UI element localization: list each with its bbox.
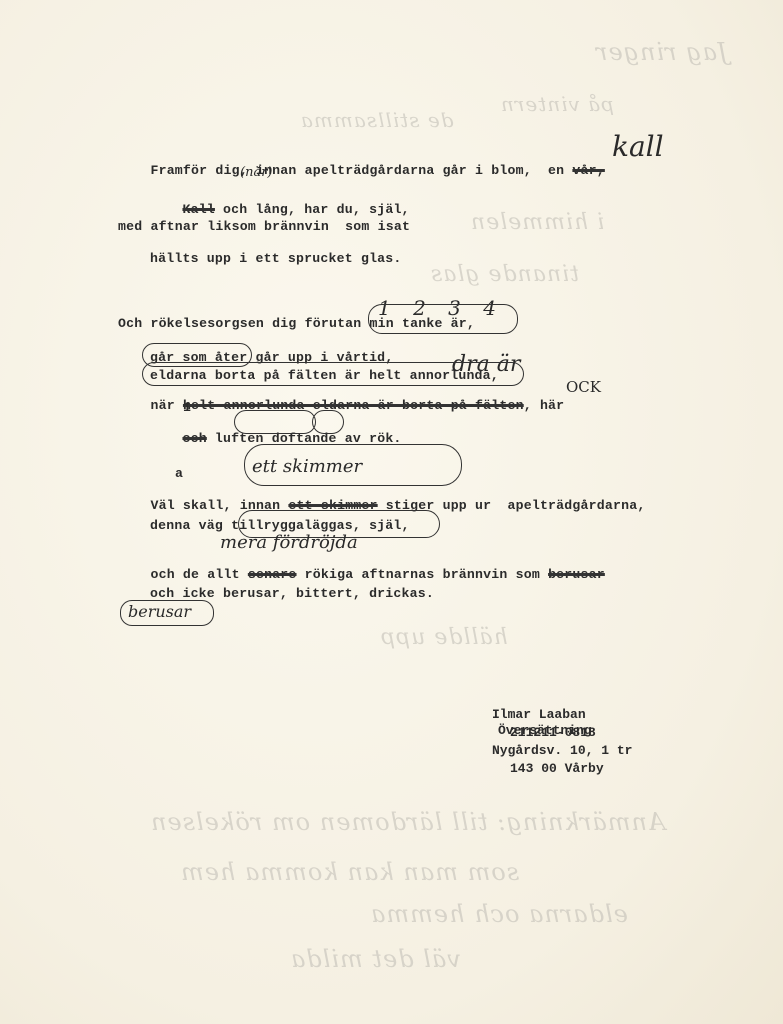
- show-through-bottom: Anmärkning: till lärdomen om rökelsen: [150, 808, 665, 836]
- poem-line-13: och icke berusar, bittert, drickas.: [150, 586, 434, 601]
- edit-loop: [244, 444, 462, 486]
- show-through-top: Jag ringer: [595, 38, 728, 66]
- line-mark: 1: [183, 400, 191, 415]
- edit-loop: [120, 600, 214, 626]
- handwritten-insert: (när): [240, 165, 272, 180]
- line-text: och de allt: [150, 567, 247, 582]
- struck-word: vår,: [572, 163, 604, 178]
- poem-line-3: med aftnar liksom brännvin som isat: [118, 219, 410, 234]
- line-text: rökiga aftnarnas brännvin som: [297, 567, 549, 582]
- edit-loop: [368, 304, 518, 334]
- show-through-bottom: väl det milda: [290, 945, 461, 973]
- struck-word: och: [182, 431, 206, 446]
- signature-city: 143 00 Vårby: [510, 760, 604, 777]
- line-text: och lång, har du, själ,: [215, 202, 410, 217]
- line-text: Framför dig, innan apelträdgårdarna går …: [150, 163, 572, 178]
- show-through-line: i himmelen: [470, 210, 604, 235]
- handwritten-insert: kall: [612, 130, 664, 163]
- struck-word: senare: [248, 567, 297, 582]
- line-text: när: [150, 398, 182, 413]
- manuscript-page: Jag ringer på vintern de stillsamma i hi…: [0, 0, 783, 1024]
- edit-loop: [234, 410, 316, 434]
- show-through-line: hällde upp: [380, 625, 508, 650]
- show-through-line: de stillsamma: [300, 108, 454, 132]
- signature-name: Ilmar Laaban: [492, 706, 586, 723]
- line-text: , här: [524, 398, 565, 413]
- struck-word: berusar: [548, 567, 605, 582]
- above-mark: a: [175, 466, 183, 481]
- show-through-line: på vintern: [500, 92, 614, 116]
- signature-id: 211211-0818: [510, 724, 596, 741]
- edit-loop: [312, 410, 344, 434]
- handwritten-insert: mera fördröjda: [220, 532, 358, 553]
- show-through-line: tinande glas: [430, 262, 579, 287]
- show-through-bottom: som man kan komma hem: [180, 858, 519, 886]
- handwritten-insert: OCK: [566, 378, 601, 396]
- poem-line-4: hällts upp i ett sprucket glas.: [150, 251, 402, 266]
- signature-address: Nygårdsv. 10, 1 tr: [492, 742, 632, 759]
- struck-phrase: helt annorlunda eldarna är borta på fält…: [183, 398, 524, 413]
- struck-word: Kall: [182, 202, 214, 217]
- show-through-bottom: eldarna och hemma: [370, 900, 628, 928]
